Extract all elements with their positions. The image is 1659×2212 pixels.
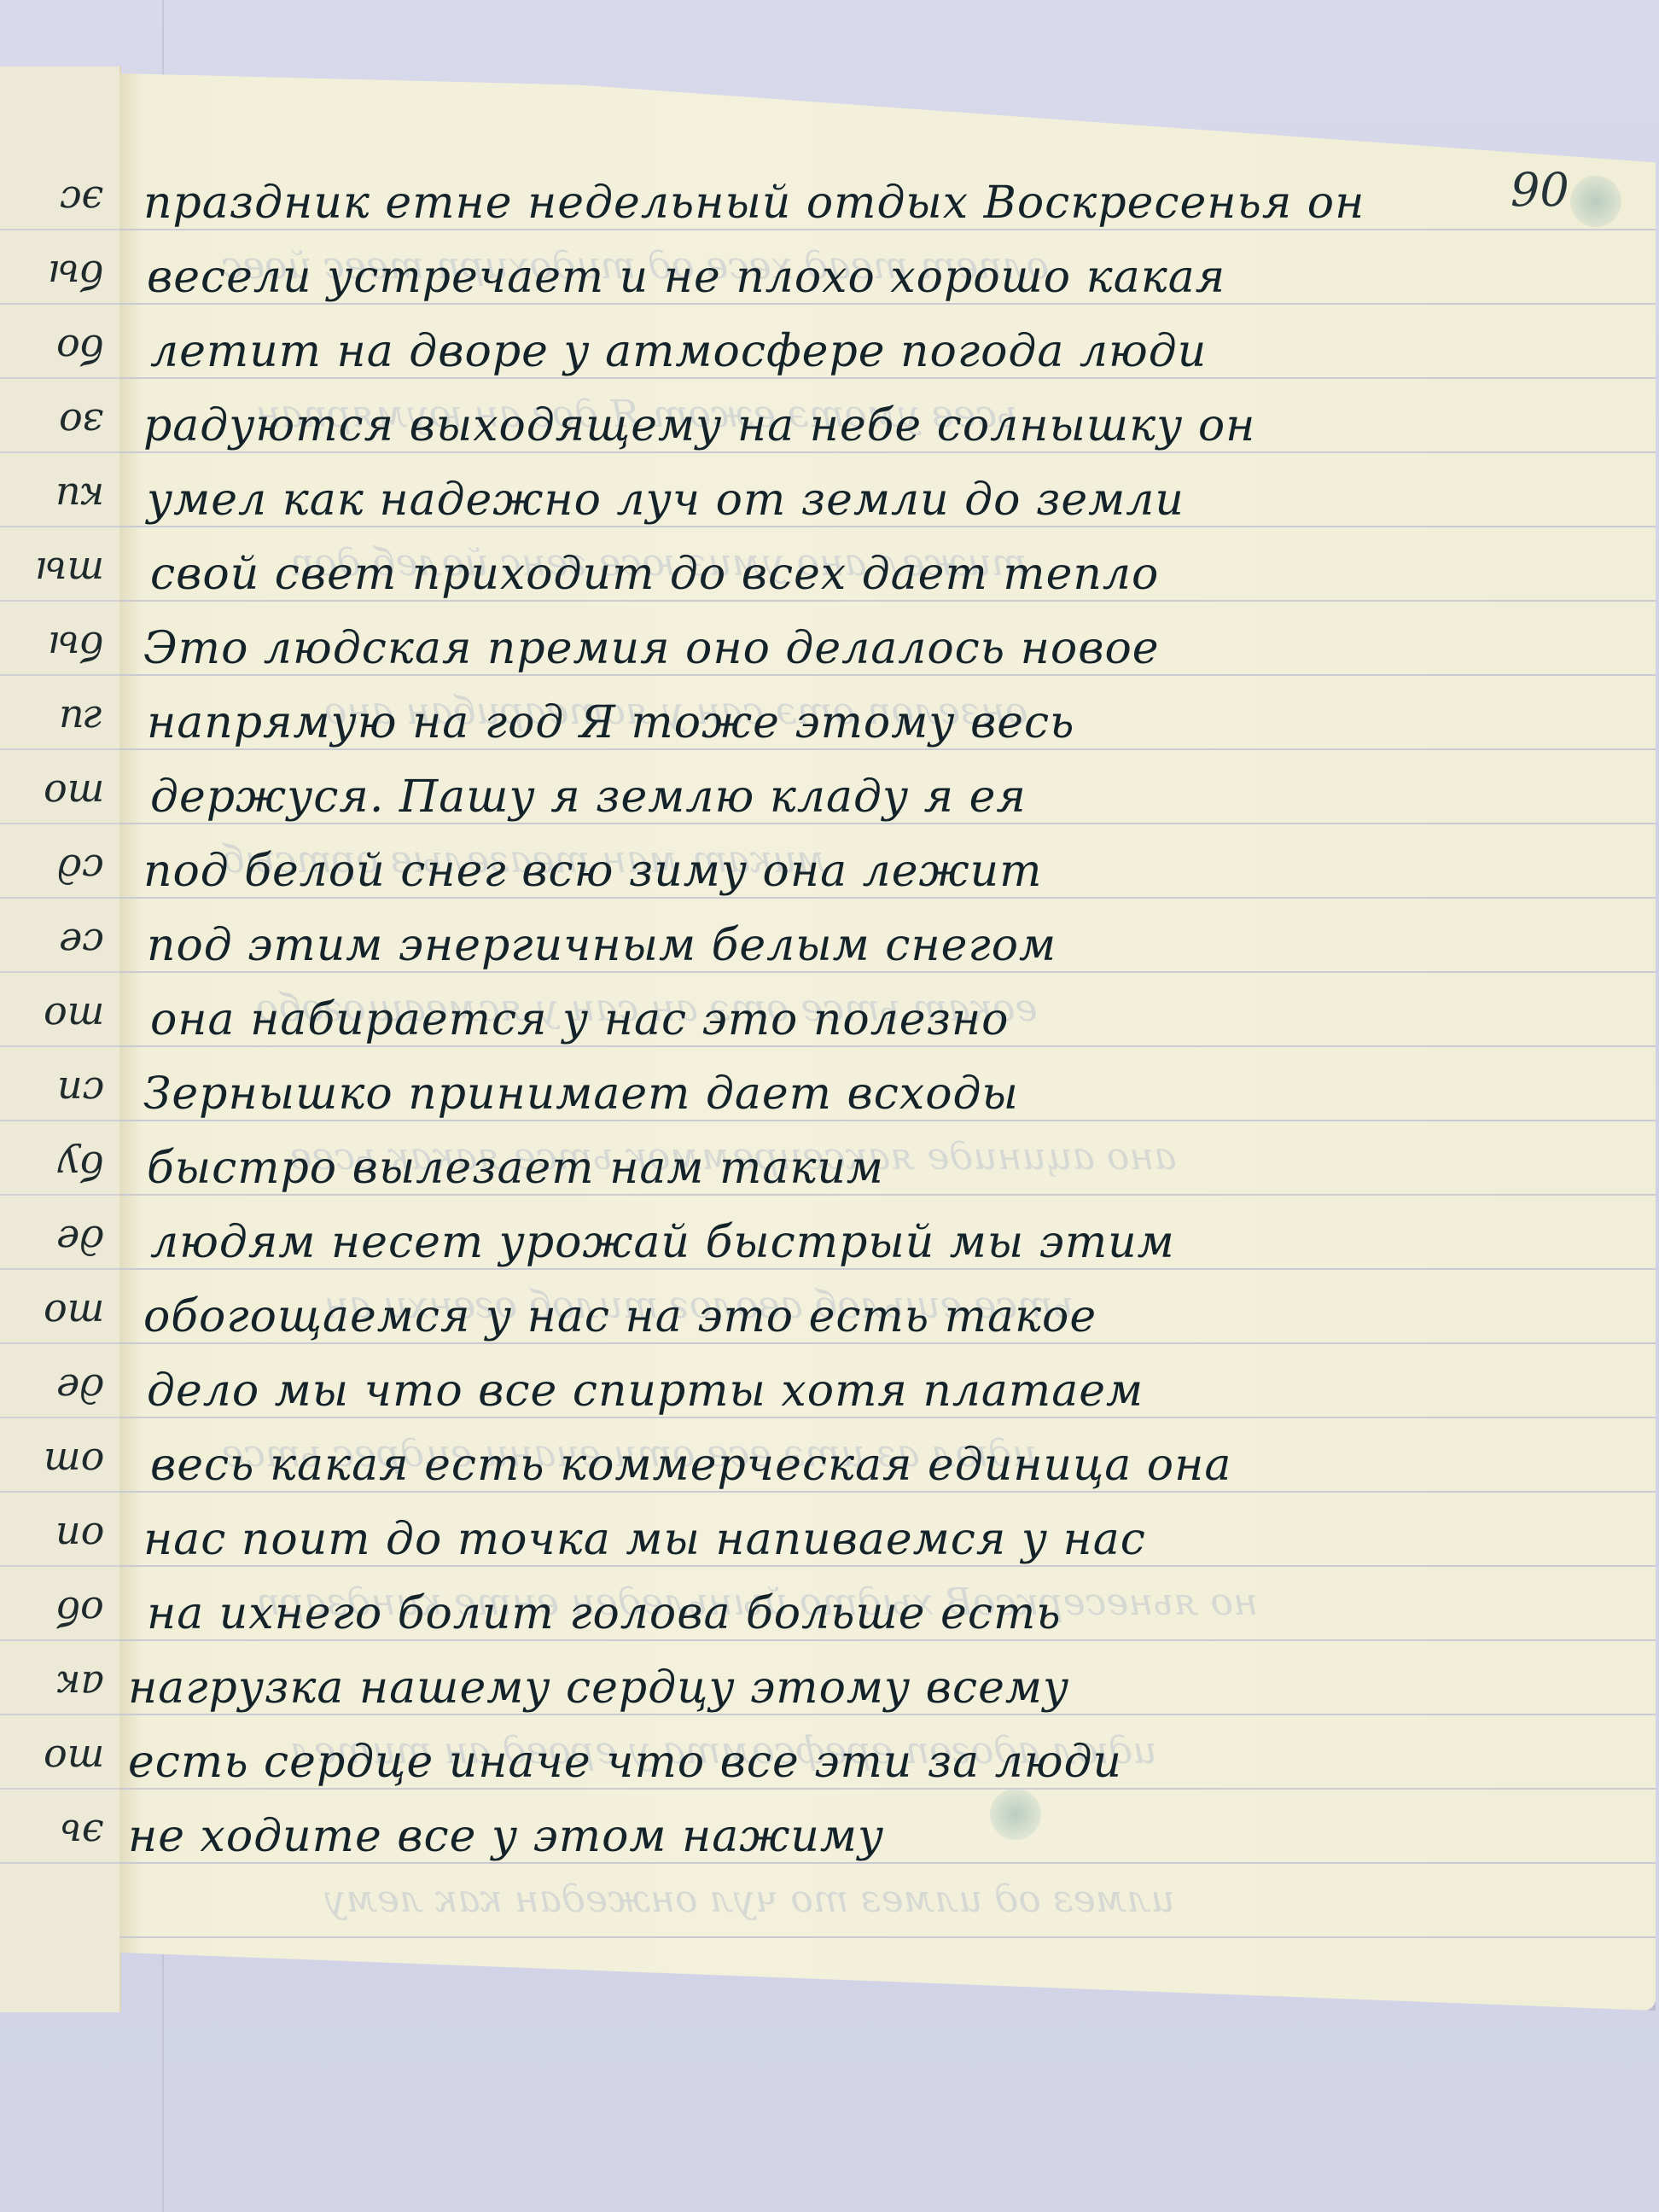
ruled-line (119, 1045, 1656, 1047)
ruled-line (0, 1639, 119, 1641)
ruled-line (0, 971, 119, 973)
ruled-line (119, 748, 1656, 750)
text-line: праздник етне недельный отдых Воскресень… (143, 181, 1365, 225)
facing-page-fragment: ак (57, 1662, 104, 1708)
ruled-line (0, 600, 119, 602)
facing-page-fragment: ги (59, 697, 104, 743)
ruled-line (0, 674, 119, 676)
text-line: на ихнего болит голова больше есть (147, 1592, 1062, 1636)
ruled-line (0, 1565, 119, 1567)
ruled-line (0, 526, 119, 527)
facing-page-fragment: от (44, 1440, 104, 1486)
facing-page-fragment: ки (55, 474, 104, 521)
text-line: под белой снег всю зиму она лежит (143, 849, 1042, 894)
text-line: летит на дворе у атмосфере погода люди (150, 329, 1207, 374)
text-line: обогощаемся у нас на это есть такое (143, 1295, 1097, 1339)
ruled-line (119, 1936, 1656, 1938)
text-line: быстро вылезает нам таким (147, 1146, 884, 1190)
facing-page-fragment: де (56, 1365, 104, 1412)
facing-page-fragment: эь (61, 1811, 104, 1857)
ruled-line (0, 377, 119, 379)
text-line: свой свет приходит до всех дает тепло (150, 552, 1159, 597)
ruled-line (119, 1417, 1656, 1418)
text-line: она набирается у нас это полезно (150, 998, 1010, 1042)
text-line: весь какая есть коммерческая единица она (150, 1443, 1231, 1487)
ruled-line (0, 1491, 119, 1493)
ruled-line (119, 1862, 1656, 1864)
ruled-line (119, 377, 1656, 379)
ruled-line (0, 823, 119, 824)
ruled-line (0, 1788, 119, 1790)
text-line: весели устречает и не плохо хорошо какая (147, 255, 1225, 300)
facing-page-fragment: сп (57, 1068, 104, 1115)
ruled-line (119, 674, 1656, 676)
ruled-line (119, 451, 1656, 453)
ruled-line (119, 1788, 1656, 1790)
ruled-line (119, 600, 1656, 602)
ruled-line (0, 1045, 119, 1047)
ruled-line (0, 1417, 119, 1418)
text-line: нагрузка нашему сердцу этому всему (128, 1666, 1069, 1710)
text-line: людям несет урожай быстрый мы этим (150, 1220, 1175, 1265)
ink-blot (990, 1789, 1041, 1840)
ruled-line (119, 1342, 1656, 1344)
text-line: есть сердце иначе что все эти за люди (128, 1740, 1122, 1784)
ruled-line (119, 1194, 1656, 1196)
ruled-line (0, 1862, 119, 1864)
ruled-line (119, 1714, 1656, 1715)
ruled-line (119, 971, 1656, 973)
notebook-page: 90 олпет теад хесв од тидохирп тевс йовс… (119, 73, 1656, 2011)
ruled-line (119, 1491, 1656, 1493)
facing-page-fragment: бо (56, 326, 104, 372)
text-line: нас поит до точка мы напиваемся у нас (143, 1517, 1146, 1562)
facing-page-fragment: зо (59, 400, 104, 446)
ruled-line (119, 229, 1656, 230)
text-line: Это людская премия оно делалось новое (143, 626, 1160, 671)
ruled-line (119, 1120, 1656, 1121)
facing-page-fragment: то (44, 1291, 104, 1337)
text-line: умел как надежно луч от земли до земли (147, 478, 1185, 522)
ink-blot (1570, 176, 1621, 227)
facing-page-fragment: бы (48, 623, 104, 669)
facing-page-fragment: де (56, 1217, 104, 1263)
ruled-line (0, 1342, 119, 1344)
text-line: не ходите все у этом нажиму (128, 1814, 884, 1859)
page-number: 90 (1511, 163, 1569, 217)
text-line: напрямую на год Я тоже этому весь (147, 701, 1074, 745)
text-line: радуются выходящему на небе солнышку он (143, 404, 1255, 448)
facing-page-fragment: то (44, 1737, 104, 1783)
ruled-line (0, 1120, 119, 1121)
facing-page-fragment: се (59, 920, 104, 966)
ruled-line (0, 748, 119, 750)
ruled-line (119, 526, 1656, 527)
ruled-line (119, 823, 1656, 824)
ruled-line (0, 1194, 119, 1196)
facing-page-fragment: бы (48, 252, 104, 298)
facing-page-fragment: оп (55, 1514, 104, 1560)
facing-page-fragment: ты (35, 549, 104, 595)
ruled-line (0, 1268, 119, 1270)
ruled-line (0, 897, 119, 899)
facing-page-fragment: об (56, 1588, 104, 1634)
ruled-line (119, 1565, 1656, 1567)
ruled-line (0, 303, 119, 305)
facing-page-fragment: то (44, 994, 104, 1040)
facing-page-fragment: эс (60, 178, 104, 224)
text-line: дело мы что все спирты хотя платаем (147, 1369, 1144, 1413)
facing-page-edge: эсбыбозокитыбыгитосдсетоспбудетодеотопоб… (0, 67, 121, 2012)
ruled-line (0, 451, 119, 453)
text-line: под этим энергичным белым снегом (147, 923, 1057, 968)
text-line: держуся. Пашу я землю кладу я ея (150, 775, 1027, 819)
bleed-through-text: илмез од илмез то чул онжедан как лему (324, 1877, 1175, 1921)
ruled-line (0, 1714, 119, 1715)
facing-page-fragment: бу (57, 1143, 104, 1189)
ruled-line (119, 1268, 1656, 1270)
ruled-line (119, 1639, 1656, 1641)
page-gutter (119, 73, 142, 2011)
text-line: Зернышко принимает дает всходы (143, 1072, 1019, 1116)
facing-page-fragment: сд (57, 846, 104, 892)
ruled-line (0, 229, 119, 230)
ruled-line (119, 897, 1656, 899)
facing-page-fragment: то (44, 771, 104, 818)
ruled-line (119, 303, 1656, 305)
